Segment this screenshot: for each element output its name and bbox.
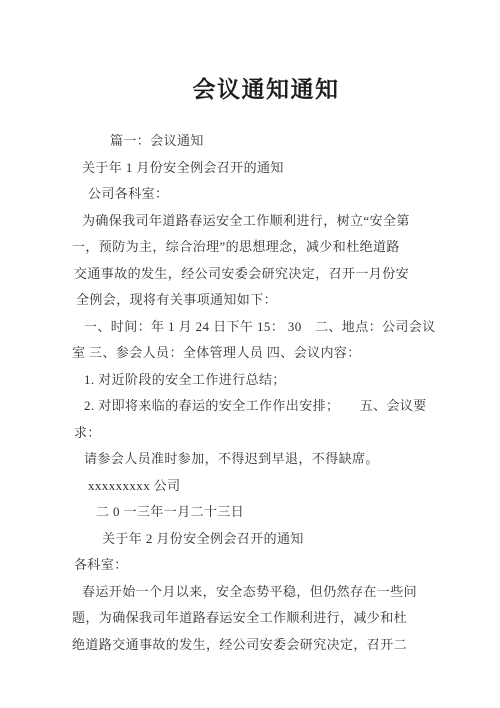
text-line: 全例会，现将有关事项通知如下： — [72, 287, 470, 314]
text-line: 一、时间：年 1 月 24 日下午 15： 30 二、地点：公司会议 — [72, 314, 470, 341]
text-line: xxxxxxxxx 公司 — [72, 473, 470, 500]
document-body: 篇一：会议通知关于年 1 月份安全例会召开的通知公司各科室：为确保我司年道路春运… — [0, 128, 500, 658]
text-line: 二 0 一三年一月二十三日 — [72, 499, 470, 526]
text-line: 请参会人员准时参加，不得迟到早退，不得缺席。 — [72, 446, 470, 473]
page-title: 会议通知通知 — [0, 0, 500, 102]
text-line: 篇一：会议通知 — [72, 128, 470, 155]
text-line: 绝道路交通事故的发生，经公司安委会研究决定，召开二 — [72, 632, 470, 659]
text-line: 交通事故的发生，经公司安委会研究决定，召开一月份安 — [72, 261, 470, 288]
document-page: 会议通知通知 篇一：会议通知关于年 1 月份安全例会召开的通知公司各科室：为确保… — [0, 0, 500, 708]
text-line: 为确保我司年道路春运安全工作顺利进行，树立“安全第 — [72, 208, 470, 235]
text-line: 2. 对即将来临的春运的安全工作作出安排； 五、会议要 — [72, 393, 470, 420]
text-line: 1. 对近阶段的安全工作进行总结； — [72, 367, 470, 394]
text-line: 题，为确保我司年道路春运安全工作顺利进行，减少和杜 — [72, 605, 470, 632]
text-line: 关于年 1 月份安全例会召开的通知 — [72, 155, 470, 182]
text-line: 各科室： — [72, 552, 470, 579]
text-line: 求： — [72, 420, 470, 447]
text-line: 一，预防为主，综合治理”的思想理念，减少和杜绝道路 — [72, 234, 470, 261]
text-line: 公司各科室： — [72, 181, 470, 208]
text-line: 春运开始一个月以来，安全态势平稳，但仍然存在一些问 — [72, 579, 470, 606]
text-line: 室 三、参会人员：全体管理人员 四、会议内容： — [72, 340, 470, 367]
text-line: 关于年 2 月份安全例会召开的通知 — [72, 526, 470, 553]
